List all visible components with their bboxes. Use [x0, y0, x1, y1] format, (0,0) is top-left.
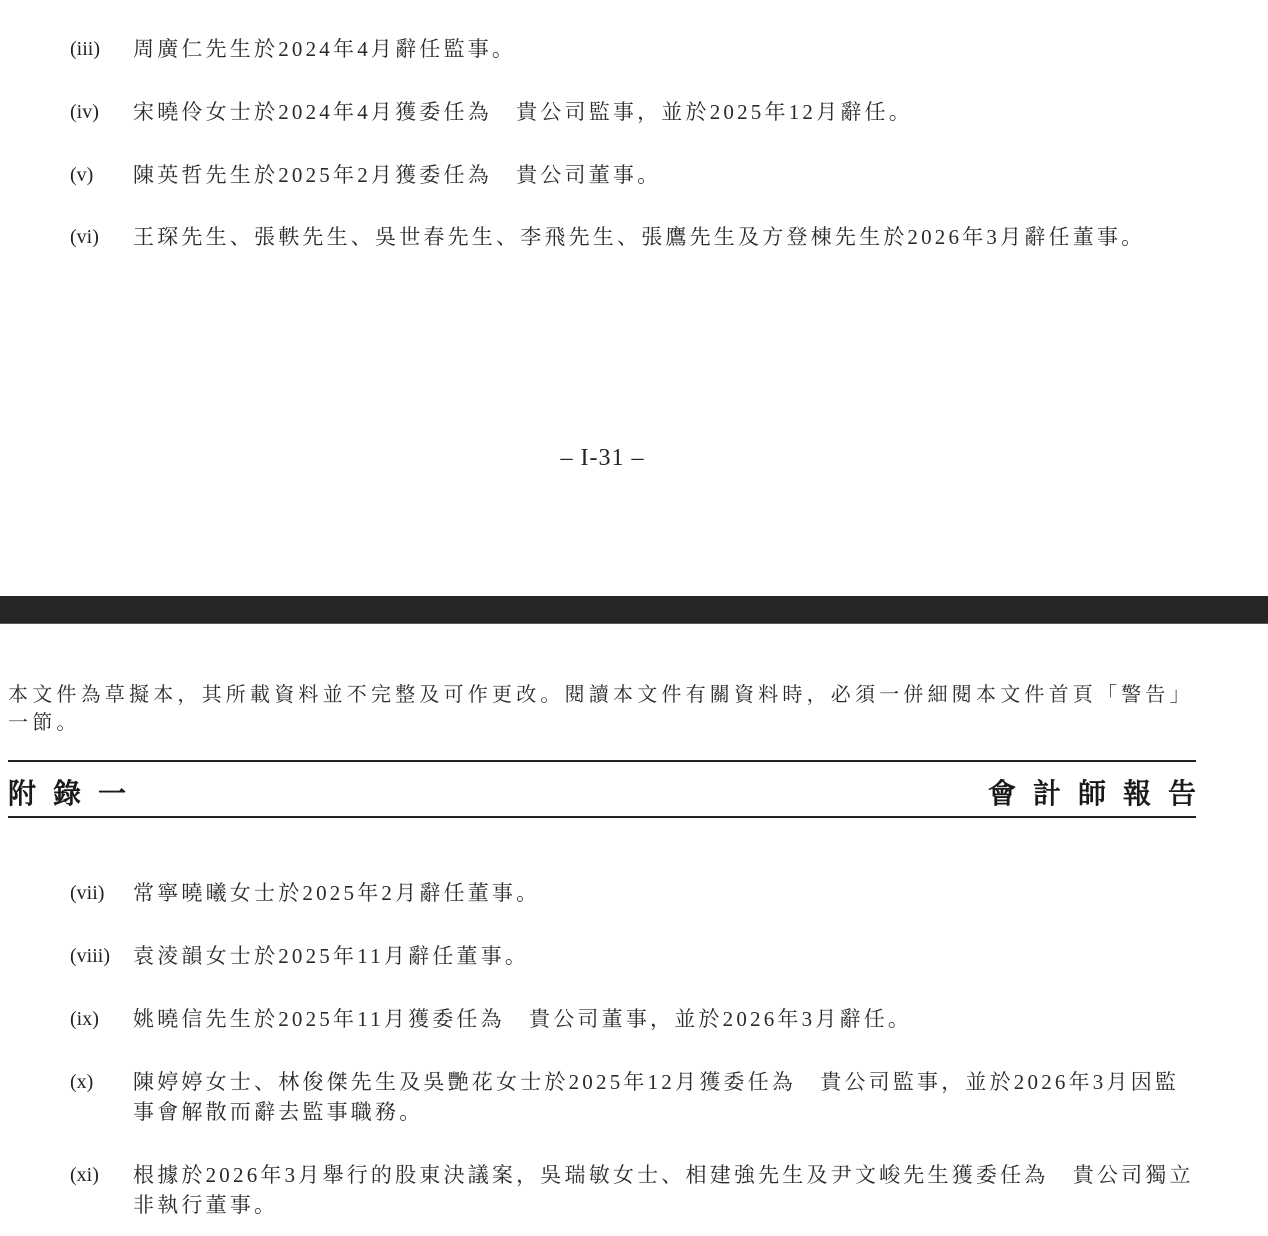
note-item-vi: (vi) 王琛先生、張軼先生、吳世春先生、李飛先生、張鷹先生及方登棟先生於202…: [70, 222, 1200, 252]
page-number: – I-31 –: [0, 445, 1205, 472]
note-text: 袁淩韻女士於2025年11月辭任董事。: [133, 941, 1200, 971]
document-page-bottom: 本文件為草擬本，其所載資料並不完整及可作更改。閱讀本文件有關資料時，必須一併細閱…: [0, 624, 1268, 1236]
note-text: 常寧曉曦女士於2025年2月辭任董事。: [133, 878, 1200, 908]
page-separator: [0, 596, 1268, 624]
note-item-viii: (viii) 袁淩韻女士於2025年11月辭任董事。: [70, 941, 1200, 971]
note-number: (vii): [70, 878, 104, 908]
note-number: (ix): [70, 1004, 99, 1034]
report-title: 會計師報告: [988, 772, 1213, 812]
note-item-xi: (xi) 根據於2026年3月舉行的股東決議案，吳瑞敏女士、相建強先生及尹文峻先…: [70, 1160, 1200, 1220]
note-text: 宋曉伶女士於2024年4月獲委任為 貴公司監事，並於2025年12月辭任。: [133, 97, 1200, 127]
note-item-x: (x) 陳婷婷女士、林俊傑先生及吳艷花女士於2025年12月獲委任為 貴公司監事…: [70, 1067, 1200, 1127]
note-text: 陳英哲先生於2025年2月獲委任為 貴公司董事。: [133, 160, 1200, 190]
appendix-title: 附錄一: [8, 772, 143, 812]
note-item-v: (v) 陳英哲先生於2025年2月獲委任為 貴公司董事。: [70, 160, 1200, 190]
note-item-iv: (iv) 宋曉伶女士於2024年4月獲委任為 貴公司監事，並於2025年12月辭…: [70, 97, 1200, 127]
note-text: 陳婷婷女士、林俊傑先生及吳艷花女士於2025年12月獲委任為 貴公司監事，並於2…: [133, 1067, 1200, 1127]
note-number: (iv): [70, 97, 99, 127]
section-header: 附錄一 會計師報告: [8, 760, 1196, 818]
note-text: 王琛先生、張軼先生、吳世春先生、李飛先生、張鷹先生及方登棟先生於2026年3月辭…: [133, 222, 1200, 252]
note-number: (xi): [70, 1160, 99, 1190]
note-number: (vi): [70, 222, 99, 252]
note-number: (viii): [70, 941, 110, 971]
document-page-top: (iii) 周廣仁先生於2024年4月辭任監事。 (iv) 宋曉伶女士於2024…: [0, 0, 1268, 596]
note-item-iii: (iii) 周廣仁先生於2024年4月辭任監事。: [70, 34, 1200, 64]
note-number: (iii): [70, 34, 100, 64]
note-text: 根據於2026年3月舉行的股東決議案，吳瑞敏女士、相建強先生及尹文峻先生獲委任為…: [133, 1160, 1200, 1220]
note-item-ix: (ix) 姚曉信先生於2025年11月獲委任為 貴公司董事，並於2026年3月辭…: [70, 1004, 1200, 1034]
draft-notice: 本文件為草擬本，其所載資料並不完整及可作更改。閱讀本文件有關資料時，必須一併細閱…: [8, 680, 1198, 736]
note-number: (v): [70, 160, 93, 190]
note-text: 姚曉信先生於2025年11月獲委任為 貴公司董事，並於2026年3月辭任。: [133, 1004, 1200, 1034]
note-item-vii: (vii) 常寧曉曦女士於2025年2月辭任董事。: [70, 878, 1200, 908]
note-text: 周廣仁先生於2024年4月辭任監事。: [133, 34, 1200, 64]
note-number: (x): [70, 1067, 93, 1097]
